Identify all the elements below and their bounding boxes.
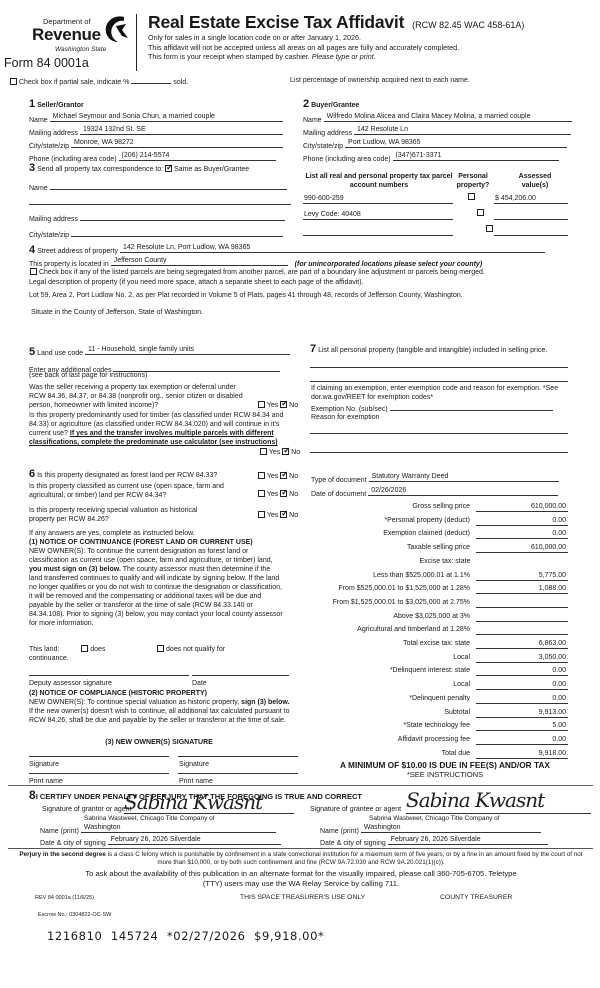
- notice-compliance-body: NEW OWNER(S): To continue special valuat…: [29, 698, 291, 725]
- tax-row-label: Exemption claimed (deduct): [300, 529, 470, 538]
- tax-row-value[interactable]: 610,000.00: [476, 502, 568, 512]
- document-date-label: Date of document: [311, 491, 366, 498]
- header-notes: Only for sales in a single location code…: [148, 33, 598, 62]
- segregated-row: Check box if any of the listed parcels a…: [30, 268, 485, 277]
- not-qualify-row: does not qualify for continuance.: [29, 645, 239, 663]
- buyer-name-label: Name: [303, 117, 322, 124]
- header-note-3: This form is your receipt when stamped b…: [148, 52, 310, 61]
- tax-row-value[interactable]: 9,918.00: [476, 749, 568, 759]
- same-as-buyer-checkbox[interactable]: [165, 165, 172, 172]
- parcel-number-field[interactable]: Levy Code: 40408: [303, 210, 453, 220]
- grantee-signature[interactable]: Sabina Kwasnt: [406, 788, 591, 814]
- tax-row-label: Subtotal: [300, 708, 470, 717]
- dor-logo-block: Department of Revenue Washington State F…: [8, 10, 133, 70]
- notice-continuance-bold: you must sign on (3) below.: [29, 566, 121, 573]
- correspondence-city-label: City/state/zip: [29, 232, 69, 239]
- grantor-name-field[interactable]: Washington: [81, 823, 276, 833]
- tax-row-value[interactable]: 0.00: [476, 735, 568, 745]
- segregated-checkbox[interactable]: [30, 268, 37, 275]
- county-treasurer-label: COUNTY TREASURER: [440, 894, 512, 901]
- no-label: No: [289, 512, 298, 519]
- yes-label: Yes: [267, 512, 278, 519]
- agency-line3: Washington State: [55, 46, 106, 53]
- tax-row-value[interactable]: 0.00: [476, 680, 568, 690]
- additional-codes-hint: (see back of last page for instructions): [29, 371, 147, 380]
- escrow-row: Escrow No.: 0304822-OC-SW: [38, 912, 111, 918]
- notice-compliance-text-b: If the new owner(s) doesn't wish to cont…: [29, 708, 290, 724]
- notice-compliance-text-a: NEW OWNER(S): To continue special valuat…: [29, 699, 239, 706]
- owner-print-line-1[interactable]: [29, 773, 169, 774]
- seller-city-field[interactable]: Monroe, WA 98272: [71, 138, 283, 148]
- buyer-city-label: City/state/zip: [303, 143, 343, 150]
- perjury-warning: Perjury in the second degree is a class …: [16, 851, 586, 867]
- current-use-question: Is this property classified as current u…: [29, 482, 229, 500]
- tax-row-value[interactable]: [476, 612, 568, 622]
- same-as-buyer-label: Same as Buyer/Grantee: [174, 166, 249, 173]
- legal-description-line2[interactable]: Situate in the County of Jefferson, Stat…: [31, 308, 203, 317]
- parcel-column-header: List all real and personal property tax …: [304, 172, 454, 190]
- yes-label: Yes: [267, 402, 278, 409]
- header-divider: [136, 14, 137, 71]
- tax-row-label: Less than $525,000.01 at 1.1%: [300, 571, 470, 580]
- assessed-value-column-header: Assessed value(s): [500, 172, 570, 190]
- buyer-mailing-row: Mailing address 142 Resolute Ln: [303, 125, 571, 138]
- forest-question: 6 Is this property designated as forest …: [29, 470, 254, 480]
- seller-city-row: City/state/zip Monroe, WA 98272: [29, 138, 283, 151]
- tax-row-value[interactable]: 1,088.00: [476, 584, 568, 594]
- assessor-signature-label: Deputy assessor signature: [29, 679, 112, 688]
- personal-property-checkbox[interactable]: [486, 225, 493, 232]
- exemption-reason-line-1[interactable]: [310, 433, 568, 434]
- timber-question: Is this property predominantly used for …: [29, 411, 284, 447]
- buyer-section-number: 2: [303, 98, 309, 110]
- owner-signature-label-2: Signature: [179, 760, 209, 769]
- grantor-date-field[interactable]: February 26, 2026 Silverdale: [108, 835, 281, 845]
- tax-row-value[interactable]: 610,000.00: [476, 543, 568, 553]
- seller-mailing-row: Mailing address 19324 132nd St. SE: [29, 125, 283, 138]
- county-label: This property is located in: [29, 261, 109, 268]
- tax-row-value[interactable]: 0.00: [476, 694, 568, 704]
- treasurer-space-label: THIS SPACE TREASURER'S USE ONLY: [240, 894, 365, 901]
- tax-row-label: *State technology fee: [300, 721, 470, 730]
- document-type-label: Type of document: [311, 477, 367, 484]
- accessibility-line1: To ask about the availability of this pu…: [16, 869, 586, 879]
- tax-row-value[interactable]: 5,775.00: [476, 571, 568, 581]
- no-label: No: [289, 402, 298, 409]
- grantee-signature-row: Signature of grantee or agent: [310, 805, 401, 814]
- correspondence-city-field[interactable]: [71, 228, 283, 237]
- yes-label: Yes: [267, 473, 278, 480]
- partial-sale-label: Check box if partial sale, indicate %: [19, 79, 130, 86]
- form-title: Real Estate Excise Tax Affidavit: [148, 12, 404, 32]
- exemption-yes-checkbox[interactable]: [258, 401, 265, 408]
- header-note-emphasis: Please type or print.: [312, 52, 376, 61]
- land-use-row: 5 Land use code 11 - Household, single f…: [29, 345, 290, 358]
- seller-name-row: Name Michael Seymour and Sonia Chun, a m…: [29, 112, 283, 125]
- assessed-value-field[interactable]: [494, 226, 568, 236]
- escrow-label: Escrow No.:: [38, 912, 68, 918]
- parcel-table: 990-600-259 $ 454,206.00Levy Code: 40408: [0, 0, 600, 8]
- seller-mailing-label: Mailing address: [29, 130, 78, 137]
- tax-row-label: Local: [300, 680, 470, 689]
- header-note-3-row: This form is your receipt when stamped b…: [148, 52, 598, 62]
- correspondence-name-label: Name: [29, 185, 48, 192]
- exemption-reason-line-2[interactable]: [310, 452, 568, 453]
- grantee-name-label: Name (print): [320, 828, 359, 835]
- current-use-yes-checkbox[interactable]: [258, 490, 265, 497]
- header-note-2: This affidavit will not be accepted unle…: [148, 43, 598, 53]
- correspondence-name-field[interactable]: [50, 181, 287, 190]
- current-use-no-checkbox[interactable]: [280, 490, 287, 497]
- notice-compliance-bold: sign (3) below.: [241, 699, 289, 706]
- exemption-note: If claiming an exemption, enter exemptio…: [311, 384, 561, 402]
- grantee-date-row: Date & city of signing February 26, 2026…: [320, 835, 548, 848]
- section-divider: [8, 785, 593, 786]
- tax-row-label: Above $3,025,000 at 3%: [300, 612, 470, 621]
- grantee-date-field[interactable]: February 26, 2026 Silverdale: [388, 835, 548, 845]
- header-note-1: Only for sales in a single location code…: [148, 33, 598, 43]
- document-type-field[interactable]: Statutory Warranty Deed: [369, 472, 559, 482]
- tax-row-value[interactable]: [476, 598, 568, 608]
- personal-property-column-header: Personal property?: [451, 172, 495, 190]
- seller-name-label: Name: [29, 117, 48, 124]
- buyer-mailing-field[interactable]: 142 Resolute Ln: [354, 125, 571, 135]
- assessor-date-line[interactable]: [192, 675, 289, 676]
- land-use-label: Land use code: [37, 350, 83, 357]
- seller-city-label: City/state/zip: [29, 143, 69, 150]
- assessor-signature-line[interactable]: [29, 675, 189, 676]
- forest-answer: Yes No: [258, 472, 298, 481]
- tax-row-value[interactable]: 0.00: [476, 666, 568, 676]
- grantee-signature-label: Signature of grantee or agent: [310, 806, 401, 813]
- legal-description-label: Legal description of property (if you ne…: [29, 278, 364, 287]
- owner-signature-line-2[interactable]: [178, 756, 298, 757]
- grantee-name-line1: Sabrina Wastweet, Chicago Title Company …: [369, 815, 500, 823]
- ownership-note: List percentage of ownership acquired ne…: [290, 76, 470, 85]
- tax-row-value[interactable]: 9,913.00: [476, 708, 568, 718]
- seller-phone-field[interactable]: (206) 214-5574: [119, 151, 276, 161]
- current-use-answer: Yes No: [258, 490, 298, 499]
- buyer-phone-label: Phone (including area code): [303, 156, 391, 163]
- dor-swirl-logo-icon: [102, 14, 130, 44]
- tax-row-value[interactable]: 6,863.00: [476, 639, 568, 649]
- notice-continuance-text-b: The county assessor must then determine …: [29, 566, 283, 627]
- assessed-value-field[interactable]: $ 454,206.00: [494, 194, 568, 204]
- land-use-code-field[interactable]: 11 - Household, single family units: [85, 345, 290, 355]
- yes-label: Yes: [269, 449, 280, 456]
- notice-continuance-title: (1) NOTICE OF CONTINUANCE (FOREST LAND O…: [29, 538, 253, 547]
- tax-row-value[interactable]: [476, 625, 568, 635]
- property-section-number: 4: [29, 244, 35, 256]
- grantee-name-field[interactable]: Washington: [361, 823, 541, 833]
- correspondence-mailing-field[interactable]: [80, 212, 285, 221]
- escrow-number: 0304822-OC-SW: [69, 912, 111, 918]
- grantee-date-label: Date & city of signing: [320, 840, 386, 847]
- assessed-value: $ 454,206.00: [495, 195, 536, 202]
- parcel-number-field[interactable]: 990-600-259: [303, 194, 453, 204]
- personal-property-label: 7 List all personal property (tangible a…: [310, 345, 585, 355]
- no-label: No: [291, 449, 300, 456]
- historic-no-checkbox[interactable]: [280, 511, 287, 518]
- tax-row-label: Local: [300, 653, 470, 662]
- partial-sale-checkbox[interactable]: [10, 78, 17, 85]
- seller-phone-row: Phone (including area code) (206) 214-55…: [29, 151, 276, 164]
- tax-row-value[interactable]: 0.00: [476, 529, 568, 539]
- correspondence-mailing-label: Mailing address: [29, 216, 78, 223]
- exemption-question-answer: Yes No: [258, 401, 298, 410]
- parcel-number-field[interactable]: [303, 226, 453, 236]
- owner-signature-label-1: Signature: [29, 760, 59, 769]
- grantor-signature-label: Signature of grantor or agent: [42, 806, 132, 813]
- forest-yes-checkbox[interactable]: [258, 472, 265, 479]
- tax-row-label: Excise tax: state: [395, 557, 495, 566]
- grantor-date-row: Date & city of signing February 26, 2026…: [40, 835, 281, 848]
- buyer-mailing-label: Mailing address: [303, 130, 352, 137]
- correspondence-city-row: City/state/zip: [29, 228, 283, 240]
- historic-yes-checkbox[interactable]: [258, 511, 265, 518]
- revision-code: REV 84 0001a (11/6/25): [35, 895, 94, 901]
- personal-property-label-text: List all personal property (tangible and…: [318, 347, 547, 354]
- tax-row-value[interactable]: 3,050.00: [476, 653, 568, 663]
- grantor-name-label: Name (print): [40, 828, 79, 835]
- correspondence-name-row: Name: [29, 181, 287, 193]
- notice-compliance-title: (2) NOTICE OF COMPLIANCE (HISTORIC PROPE…: [29, 689, 207, 698]
- correspondence-label: Send all property tax correspondence to:: [37, 166, 163, 173]
- timber-no-checkbox[interactable]: [282, 448, 289, 455]
- county-select[interactable]: Jefferson County: [111, 256, 288, 266]
- see-instructions-note: *SEE INSTRUCTIONS: [300, 770, 590, 779]
- tax-row-value[interactable]: 5.00: [476, 721, 568, 731]
- county-note: (for unincorporated locations please sel…: [295, 261, 482, 268]
- designation-instruction: If any answers are yes, complete as inst…: [29, 529, 195, 538]
- tax-row-label: *Delinquent penalty: [300, 694, 470, 703]
- buyer-city-row: City/state/zip Port Ludlow, WA 98365: [303, 138, 567, 151]
- buyer-name-field[interactable]: Wilfredo Molina Alicea and Claira Macey …: [324, 112, 572, 122]
- tax-row-value[interactable]: 0.00: [476, 516, 568, 526]
- historic-question: Is this property receiving special valua…: [29, 506, 209, 524]
- correspondence-mailing-row: Mailing address: [29, 212, 285, 224]
- minimum-due-note: A MINIMUM OF $10.00 IS DUE IN FEE(S) AND…: [300, 760, 590, 770]
- correspondence-row: 3 Send all property tax correspondence t…: [29, 164, 249, 174]
- personal-property-checkbox[interactable]: [468, 193, 475, 200]
- seller-phone-label: Phone (including area code): [29, 156, 117, 163]
- no-label: No: [289, 491, 298, 498]
- buyer-name-row: Name Wilfredo Molina Alicea and Claira M…: [303, 112, 572, 125]
- accessibility-line2: (TTY) users may use the WA Relay Service…: [16, 879, 586, 889]
- document-date-row: Date of document 02/26/2026: [311, 486, 558, 499]
- footer-divider: [8, 848, 593, 849]
- personal-property-section-number: 7: [310, 343, 316, 355]
- notice-continuance-body: NEW OWNER(S): To continue the current de…: [29, 547, 284, 628]
- exemption-no-checkbox[interactable]: [280, 401, 287, 408]
- tax-row-label: Taxable selling price: [300, 543, 470, 552]
- buyer-phone-row: Phone (including area code) (347)671-337…: [303, 151, 559, 164]
- buyer-heading-text: Buyer/Grantee: [311, 102, 359, 109]
- grantor-signature-row: Signature of grantor or agent: [42, 805, 132, 814]
- personal-property-line-2[interactable]: [310, 381, 568, 382]
- buyer-phone-field[interactable]: (347)671-3371: [393, 151, 559, 161]
- partial-sale-percent-input[interactable]: [131, 76, 171, 84]
- no-label: No: [289, 473, 298, 480]
- yes-label: Yes: [267, 491, 278, 498]
- receipt-stamp: 1216810 145724 *02/27/2026 $9,918.00*: [47, 929, 324, 943]
- owner-signature-line-1[interactable]: [29, 756, 169, 757]
- exemption-number-label: Exemption No. (sub/sec): [311, 406, 388, 413]
- tax-row-label: Total due: [300, 749, 470, 758]
- accessibility-note: To ask about the availability of this pu…: [16, 869, 586, 889]
- buyer-heading: 2 Buyer/Grantee: [303, 98, 359, 110]
- owner-print-line-2[interactable]: [178, 773, 298, 774]
- legal-description-line1[interactable]: Lot 59, Area 2, Port Ludlow No. 2, as pe…: [29, 291, 463, 300]
- agency-line2: Revenue: [32, 25, 101, 45]
- personal-property-line-1[interactable]: [310, 367, 568, 368]
- buyer-city-field[interactable]: Port Ludlow, WA 98365: [345, 138, 567, 148]
- grantor-signature[interactable]: Sabina Kwasnt: [124, 790, 294, 814]
- not-qualify-label: does not qualify for continuance.: [29, 646, 225, 662]
- not-qualify-checkbox[interactable]: [157, 645, 164, 652]
- exemption-number-field[interactable]: [390, 402, 553, 411]
- forest-no-checkbox[interactable]: [280, 472, 287, 479]
- assessed-value-field[interactable]: [494, 210, 568, 220]
- personal-property-checkbox[interactable]: [477, 209, 484, 216]
- seller-heading-text: Seller/Grantor: [37, 102, 84, 109]
- seller-section-number: 1: [29, 98, 35, 110]
- grantor-date-label: Date & city of signing: [40, 840, 106, 847]
- segregated-label: Check box if any of the listed parcels a…: [39, 269, 485, 276]
- assessor-date-label: Date: [192, 679, 207, 688]
- land-use-section-number: 5: [29, 346, 35, 358]
- street-label: Street address of property: [37, 248, 118, 255]
- document-date-field[interactable]: 02/26/2026: [368, 486, 558, 496]
- correspondence-section-number: 3: [29, 162, 35, 174]
- tax-row-label: From $1,525,000.01 to $3,025,000 at 2.75…: [300, 598, 470, 607]
- timber-question-answer: Yes No: [258, 448, 300, 457]
- perjury-text: is a class C felony which is punishable …: [108, 851, 583, 866]
- seller-mailing-field[interactable]: 19324 132nd St. SE: [80, 125, 283, 135]
- notice-continuance-text-a: NEW OWNER(S): To continue the current de…: [29, 548, 273, 564]
- form-citation: (RCW 82.45 WAC 458-61A): [412, 20, 524, 30]
- designation-section-number: 6: [29, 468, 35, 480]
- street-field[interactable]: 142 Resolute Ln, Port Ludlow, WA 98365: [120, 243, 545, 253]
- tax-row-label: *Delinquent interest: state: [300, 666, 470, 675]
- forest-question-text: Is this property designated as forest la…: [37, 472, 217, 479]
- form-title-block: Real Estate Excise Tax Affidavit (RCW 82…: [148, 12, 598, 33]
- timber-yes-checkbox[interactable]: [260, 448, 267, 455]
- correspondence-name-line2[interactable]: [29, 204, 291, 205]
- tax-row-label: Agricultural and timberland at 1.28%: [300, 625, 470, 634]
- new-owner-signature-title: (3) NEW OWNER(S) SIGNATURE: [29, 738, 289, 747]
- tax-row-label: From $525,000.01 to $1,525,000 at 1.28%: [300, 584, 470, 593]
- seller-name-field[interactable]: Michael Seymour and Sonia Chun, a marrie…: [50, 112, 283, 122]
- tax-row-label: Total excise tax: state: [300, 639, 470, 648]
- seller-heading: 1 Seller/Grantor: [29, 98, 84, 110]
- certification-section-number: 8: [29, 788, 36, 802]
- form-number: Form 84 0001a: [4, 56, 89, 70]
- tax-row-label: Gross selling price: [300, 502, 470, 511]
- historic-answer: Yes No: [258, 511, 298, 520]
- parcel-number: 990-600-259: [304, 195, 344, 202]
- partial-sale-sold-label: sold.: [173, 79, 188, 86]
- perjury-bold: Perjury in the second degree: [19, 851, 105, 858]
- exemption-reason-label: Reason for exemption: [311, 413, 379, 422]
- document-type-row: Type of document Statutory Warranty Deed: [311, 472, 559, 485]
- partial-sale-row: Check box if partial sale, indicate % so…: [10, 76, 188, 87]
- tax-row-label: *Personal property (deduct): [300, 516, 470, 525]
- street-row: 4 Street address of property 142 Resolut…: [29, 243, 589, 256]
- parcel-number: Levy Code: 40408: [304, 211, 361, 218]
- grantor-name-line1: Sabrina Wastweet, Chicago Title Company …: [84, 815, 215, 823]
- tax-row-label: Affidavit processing fee: [300, 735, 470, 744]
- exemption-question: Was the seller receiving a property tax …: [29, 383, 251, 410]
